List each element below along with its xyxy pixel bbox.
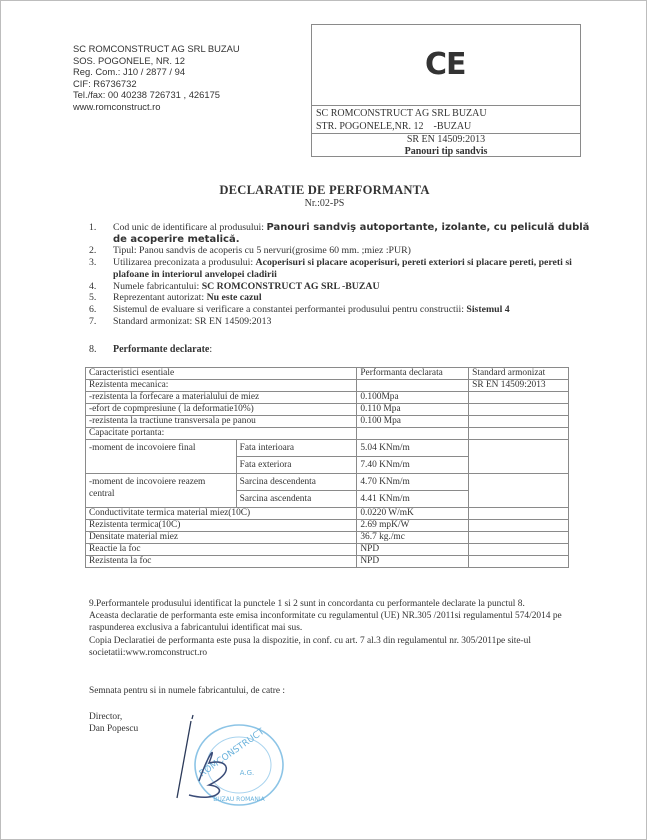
footer-conformity: 9.Performantele produsului identificat l… <box>89 598 599 610</box>
table-header-row: Caracteristici esentiale Performanta dec… <box>86 368 569 380</box>
item-5: 5. Reprezentant autorizat: Nu este cazul <box>89 292 599 304</box>
signed-by: Semnata pentru si in numele fabricantulu… <box>89 685 285 697</box>
company-cif: CIF: R6736732 <box>73 78 240 90</box>
director-block: Director, Dan Popescu <box>89 711 138 735</box>
header-characteristics: Caracteristici esentiale <box>86 368 357 380</box>
table-row: Reactie la foc NPD <box>86 544 569 556</box>
document-title: DECLARATIE DE PERFORMANTA <box>1 183 647 198</box>
ce-marking-box: CE SC ROMCONSTRUCT AG SRL BUZAU STR. POG… <box>311 24 581 157</box>
ce-standard-block: SR EN 14509:2013 Panouri tip sandvis <box>312 134 580 157</box>
item-6: 6. Sistemul de evaluare si verificare a … <box>89 304 599 316</box>
item-4: 4. Numele fabricantului: SC ROMCONSTRUCT… <box>89 281 599 293</box>
table-row: Rezistenta la foc NPD <box>86 556 569 568</box>
director-name: Dan Popescu <box>89 723 138 735</box>
item-1: 1. Cod unic de identificare al produsulu… <box>89 222 599 245</box>
company-header: SC ROMCONSTRUCT AG SRL BUZAU SOS. POGONE… <box>73 43 240 113</box>
header-performance: Performanta declarata <box>357 368 469 380</box>
ce-address: STR. POGONELE,NR. 12 -BUZAU <box>316 120 580 133</box>
header-standard: Standard armonizat <box>469 368 569 380</box>
company-name: SC ROMCONSTRUCT AG SRL BUZAU <box>73 43 240 55</box>
authorized-rep: Nu este cazul <box>207 292 262 303</box>
company-address: SOS. POGONELE, NR. 12 <box>73 55 240 67</box>
document-number: Nr.:02-PS <box>1 198 647 209</box>
director-role: Director, <box>89 711 138 723</box>
table-row: Rezistenta termica(10C) 2.69 mpK/W <box>86 520 569 532</box>
svg-text:BUZAU ROMANIA: BUZAU ROMANIA <box>213 796 265 803</box>
table-row: Capacitate portanta: <box>86 428 569 440</box>
declaration-footer: 9.Performantele produsului identificat l… <box>89 598 599 659</box>
item-3: 3. Utilizarea preconizata a produsului: … <box>89 257 599 280</box>
company-reg: Reg. Com.: J10 / 2877 / 94 <box>73 66 240 78</box>
ce-standard: SR EN 14509:2013 <box>312 134 580 146</box>
item-8: 8.Performante declarate: <box>89 344 212 355</box>
company-stamp-icon: ROMCONSTRUCT A.G. BUZAU ROMANIA <box>169 713 289 813</box>
manufacturer: SC ROMCONSTRUCT AG SRL -BUZAU <box>202 281 380 292</box>
declaration-items: 1. Cod unic de identificare al produsulu… <box>89 222 599 327</box>
table-row: -moment de incovoiere final Fata interio… <box>86 440 569 457</box>
table-row: Densitate material miez 36.7 kg./mc <box>86 532 569 544</box>
declared-performance-heading: Performante declarate <box>113 344 209 355</box>
table-row: Rezistenta mecanica: SR EN 14509:2013 <box>86 380 569 392</box>
footer-regulation: Aceasta declaratie de performanta este e… <box>89 610 599 634</box>
svg-text:A.G.: A.G. <box>240 769 255 777</box>
ce-company: SC ROMCONSTRUCT AG SRL BUZAU <box>316 107 580 120</box>
table-row: -rezistenta la tractiune transversala pe… <box>86 416 569 428</box>
assessment-system: Sistemul 4 <box>466 304 509 315</box>
ce-logo-area: CE <box>312 25 580 106</box>
table-row: Conductivitate termica material miez(10C… <box>86 508 569 520</box>
ce-address-block: SC ROMCONSTRUCT AG SRL BUZAU STR. POGONE… <box>312 106 580 134</box>
ce-mark-icon: CE <box>425 47 466 82</box>
document-page: SC ROMCONSTRUCT AG SRL BUZAU SOS. POGONE… <box>0 0 647 840</box>
company-website: www.romconstruct.ro <box>73 101 240 113</box>
item-7: 7. Standard armonizat: SR EN 14509:2013 <box>89 316 599 328</box>
svg-text:ROMCONSTRUCT: ROMCONSTRUCT <box>198 727 267 780</box>
company-phone: Tel./fax: 00 40238 726731 , 426175 <box>73 89 240 101</box>
table-row: -moment de incovoiere reazem central Sar… <box>86 474 569 491</box>
footer-availability: Copia Declaratiei de performanta este pu… <box>89 635 599 659</box>
ce-product: Panouri tip sandvis <box>312 146 580 158</box>
table-row: -efort de copmpresiune ( la deformatie10… <box>86 404 569 416</box>
item-2: 2. Tipul: Panou sandvis de acoperis cu 5… <box>89 245 599 257</box>
performance-table: Caracteristici esentiale Performanta dec… <box>85 367 569 568</box>
table-row: -rezistenta la forfecare a materialului … <box>86 392 569 404</box>
